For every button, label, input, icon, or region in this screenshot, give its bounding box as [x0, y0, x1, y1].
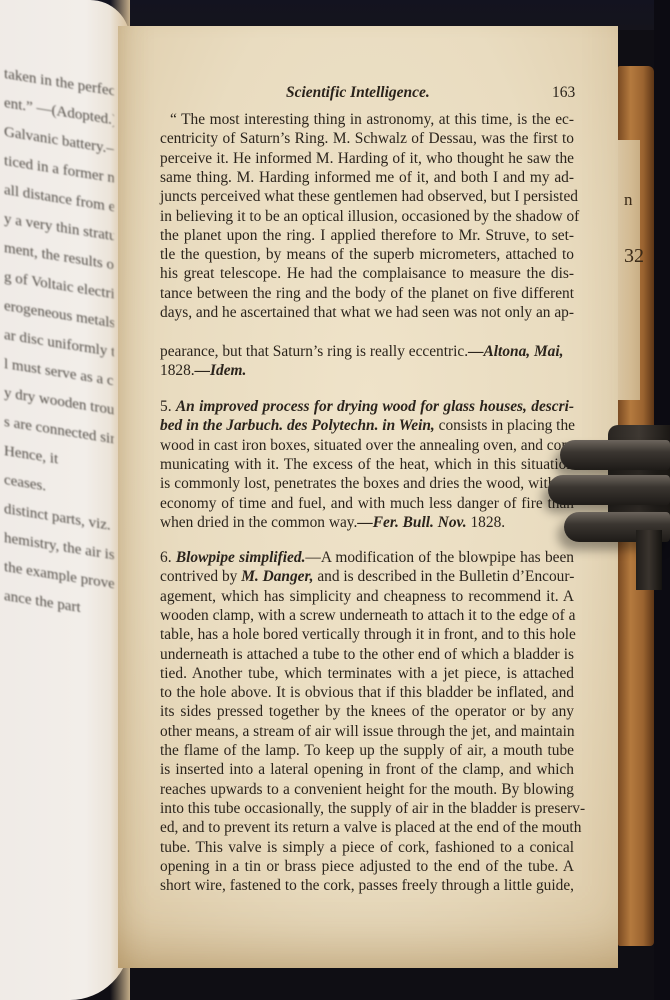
paragraph-line: into this tube occasionally, the supply … [160, 799, 574, 818]
citation: —Altona, Mai, [468, 343, 563, 360]
paragraph-line: its sides pressed together by the knees … [160, 702, 574, 721]
paragraph-line: other means, a stream of air will issue … [160, 722, 574, 741]
paragraph-line: tance between the ring and the body of t… [160, 284, 574, 303]
paragraph-line: ed, and to prevent its return a valve is… [160, 818, 574, 837]
metal-page-clip [548, 420, 670, 570]
line-text: when dried in the common way. [160, 514, 357, 531]
paragraph-line: underneath is attached a tube to the oth… [160, 645, 574, 664]
paragraph-line: table, has a hole bored vertically throu… [160, 625, 574, 644]
paragraph-line: his great telescope. He had the complais… [160, 264, 574, 283]
paragraph-line: contrived by M. Danger, and is described… [160, 567, 574, 586]
paragraph-line: centricity of Saturn’s Ring. M. Schwalz … [160, 129, 574, 148]
item-6-heading-line: 6. Blowpipe simplified.—A modification o… [160, 548, 574, 567]
line-text: —A modification of the blowpipe has been [305, 549, 574, 566]
item-title: bed in the Jarbuch. des Polytechn. in We… [160, 417, 435, 434]
line-text: contrived by [160, 568, 241, 585]
peek-number: 32 [624, 245, 644, 268]
clip-finger [560, 440, 670, 470]
paragraph-line: perceive it. He informed M. Harding of i… [160, 149, 574, 168]
paragraph-line: short wire, fastened to the cork, passes… [160, 876, 574, 895]
peek-letter: n [624, 190, 633, 210]
line-text: 1828. [160, 362, 195, 379]
line-text: and is described in the Bulletin d’Encou… [313, 568, 574, 585]
paragraph-line: juncts perceived what these gentlemen ha… [160, 187, 574, 206]
paragraph-line: tle the question, by means of the superb… [160, 245, 574, 264]
inventor-name: M. Danger, [241, 568, 313, 585]
left-page-text: taken in the perfectionent.” —(Adopted.)… [4, 60, 114, 628]
item-5-heading-line: 5. An improved process for drying wood f… [160, 397, 574, 416]
citation: —Idem. [195, 362, 247, 379]
paragraph-line: tube. This valve is simply a piece of co… [160, 838, 574, 857]
paragraph-line: same thing. M. Harding informed me of it… [160, 168, 574, 187]
paragraph-line: days, and he ascertained that what we ha… [160, 303, 574, 322]
paragraph-line: reaches upwards to a convenient height f… [160, 780, 574, 799]
running-title: Scientific Intelligence. [286, 84, 430, 102]
paragraph-line: tied. Another tube, which terminates wit… [160, 664, 574, 683]
item-title: Blowpipe simplified. [176, 549, 306, 566]
paragraph-line: pearance, but that Saturn’s ring is real… [160, 342, 560, 361]
paragraph-line: wood in cast iron boxes, situated over t… [160, 436, 574, 455]
paragraph-line: is commonly lost, penetrates the boxes a… [160, 474, 574, 493]
clip-finger [548, 475, 670, 505]
paragraph-line: opening in a tin or brass piece adjusted… [160, 857, 574, 876]
paragraph-line: wooden clamp, with a screw underneath to… [160, 606, 574, 625]
paragraph-line: in believing it to be an optical illusio… [160, 207, 574, 226]
paragraph-line: the flame of the lamp. To keep up the su… [160, 741, 574, 760]
paragraph-line: the planet upon the ring. I applied ther… [160, 226, 574, 245]
paragraph-line: 1828.—Idem. [160, 361, 246, 380]
item-number: 5. [160, 398, 172, 415]
paragraph-line: economy of time and fuel, and with much … [160, 494, 574, 513]
book-page: Scientific Intelligence. 163 “ The most … [118, 26, 618, 968]
paragraph-line: municating with it. The excess of the he… [160, 455, 574, 474]
page-number: 163 [552, 84, 575, 102]
page-header: Scientific Intelligence. 163 [118, 84, 618, 104]
line-text: pearance, but that Saturn’s ring is real… [160, 343, 468, 360]
citation-year: 1828. [467, 514, 505, 531]
underlying-page-peek [618, 140, 640, 400]
item-5-heading-line-2: bed in the Jarbuch. des Polytechn. in We… [160, 416, 574, 435]
paragraph-line: agement, which has simplicity and cheapn… [160, 587, 574, 606]
citation: —Fer. Bull. Nov. [357, 514, 466, 531]
paragraph-line: to the hole above. It is obvious that if… [160, 683, 574, 702]
clip-arm [636, 530, 662, 590]
paragraph-line: when dried in the common way.—Fer. Bull.… [160, 513, 505, 532]
paragraph-line: is inserted into a lateral opening in fr… [160, 760, 574, 779]
item-number: 6. [160, 549, 172, 566]
item-title: An improved process for drying wood for … [176, 398, 574, 415]
paragraph-line: “ The most interesting thing in astronom… [170, 110, 574, 129]
